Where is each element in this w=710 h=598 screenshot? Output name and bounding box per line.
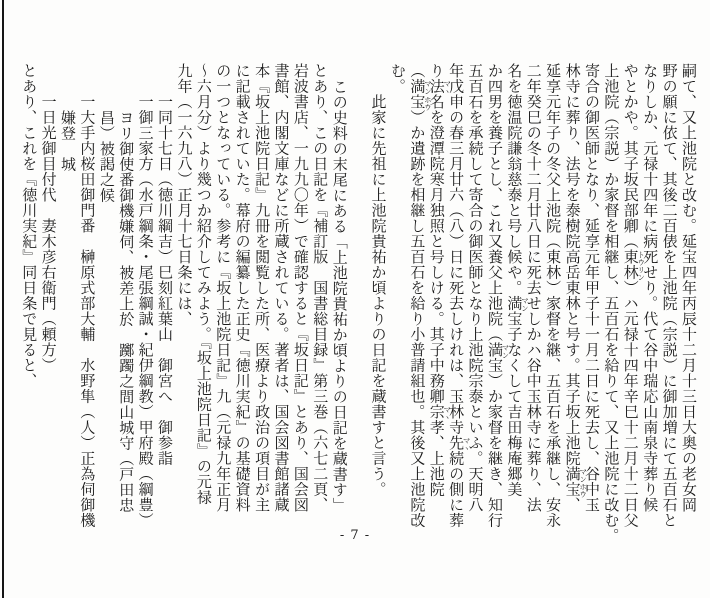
text-column: 名を徳温院謙翁慈泰と号し候や。満マン宝子なくして吉田梅庵郷美 (504, 63, 523, 546)
document-page: 嗣て、又上池院と改む。延宝四年丙辰十二月十三日大奥の老女岡野の願に依て、其後二百… (0, 0, 710, 598)
page-number: - 7 - (0, 528, 710, 543)
text-column: 野の願に依て、其後二百俵を上池院（宗説）に御加増にて五百石と (659, 63, 678, 546)
text-column: 書館、内閣文庫などに所蔵されている。著者は、国会図書館諸蔵 (271, 63, 290, 546)
text-column: に記載されていた。幕府の編纂した正史『徳川実紀』の基礎資料 (232, 63, 251, 546)
text-column: 嗣て、又上池院と改む。延宝四年丙辰十二月十三日大奥の老女岡 (679, 63, 698, 546)
text-column: とあり、これを『徳川実紀』同日条で見ると、 (19, 63, 38, 546)
text-column: 此家に先祖に上池院貴祐か頃よりの日記を蔵書すと言う。 (368, 63, 387, 546)
scan-edge-line (2, 0, 4, 598)
text-column: 林寺に葬り、法号を泰樹院高岳東林と号す。其子坂上池院満マン宝ホウ、 (562, 63, 581, 546)
text-column (349, 63, 368, 546)
text-column: の一つとなっている。参考に『坂上池院日記』九（元禄九年正月 (213, 63, 232, 546)
text-column: この史料の末尾にある「上池院貴祐か頃よりの日記を蔵書す」 (329, 63, 348, 546)
text-column: 五百石を承続して寄合の御医師となり上池院宗泰といふ。天明八 (465, 63, 484, 546)
text-column: む。 (388, 63, 407, 546)
text-column: 岩波書店、一九九〇年）で確認すると『坂日記』とあり、国会図 (290, 63, 309, 546)
text-column: か四男を養子とし、これ又養父上池院（満マン宝）か家督を継き、知行 (485, 63, 504, 546)
text-column: 一御三家方（水戸綱条・尾張綱誠・紀伊綱教）甲府殿（綱豊） (135, 63, 154, 546)
text-column: 一同十七日（徳川綱吉）巳刻紅葉山 御宮へ 御参詣 (155, 63, 174, 546)
text-column: 一日光御目付代 妻木彦右衛門（頼方） (38, 63, 57, 546)
text-column: 昌）被謁之候 (96, 63, 115, 546)
text-column: やとかや。其子坂民部卿（東トウ林リン）ハ元禄十四年辛巳十二月十二日父 (620, 63, 639, 546)
text-column: 一大手内桜田御門番 榊原式部大輔 水野隼（人）正為伺御機 (77, 63, 96, 546)
text-column: とあり、この日記を『補訂版 国書総目録』第三巻（六七二頁、 (310, 63, 329, 546)
text-column: ～六月分）より幾つか紹介してみよう。『坂上池院日記』の元禄 (193, 63, 212, 546)
text-column: り法マヽ名を澄潭院寒月独照と号しける。其子中務卿宗マヽ孝、上池院 (426, 63, 445, 546)
text-column: 嫌登 城 (58, 63, 77, 546)
text-column: 上池院（宗説）か家督を相継し、五百石を給りて、又上池院に改む。 (601, 63, 620, 546)
text-column: 九年（一六九八）正月十七日条には、 (174, 63, 193, 546)
text-column: 本『坂上池院日記』九冊を閲覧した所、医療より政治の項目が主 (252, 63, 271, 546)
text-column: ヨリ御使番御機嫌伺、被差上於 躑躅之間山城守（戸田忠 (116, 63, 135, 546)
text-column: なりしか、元禄十四年に病死せり。代て谷中瑞応山南泉寺葬り候 (640, 63, 659, 546)
text-column: （満マン宝ホウ）か遺跡を相継し五百石を給り小普請組也。其後又上池院改 (407, 63, 426, 546)
text-column: 延享元年子の冬父上池院（東林）家督を継、五百石を承継し、安永 (543, 63, 562, 546)
text-column: 年戊申の春三月廿六（八）日に死去しけれは、玉林寺先マヽ続の側に葬 (446, 63, 465, 546)
text-columns: 嗣て、又上池院と改む。延宝四年丙辰十二月十三日大奥の老女岡野の願に依て、其後二百… (19, 63, 698, 546)
